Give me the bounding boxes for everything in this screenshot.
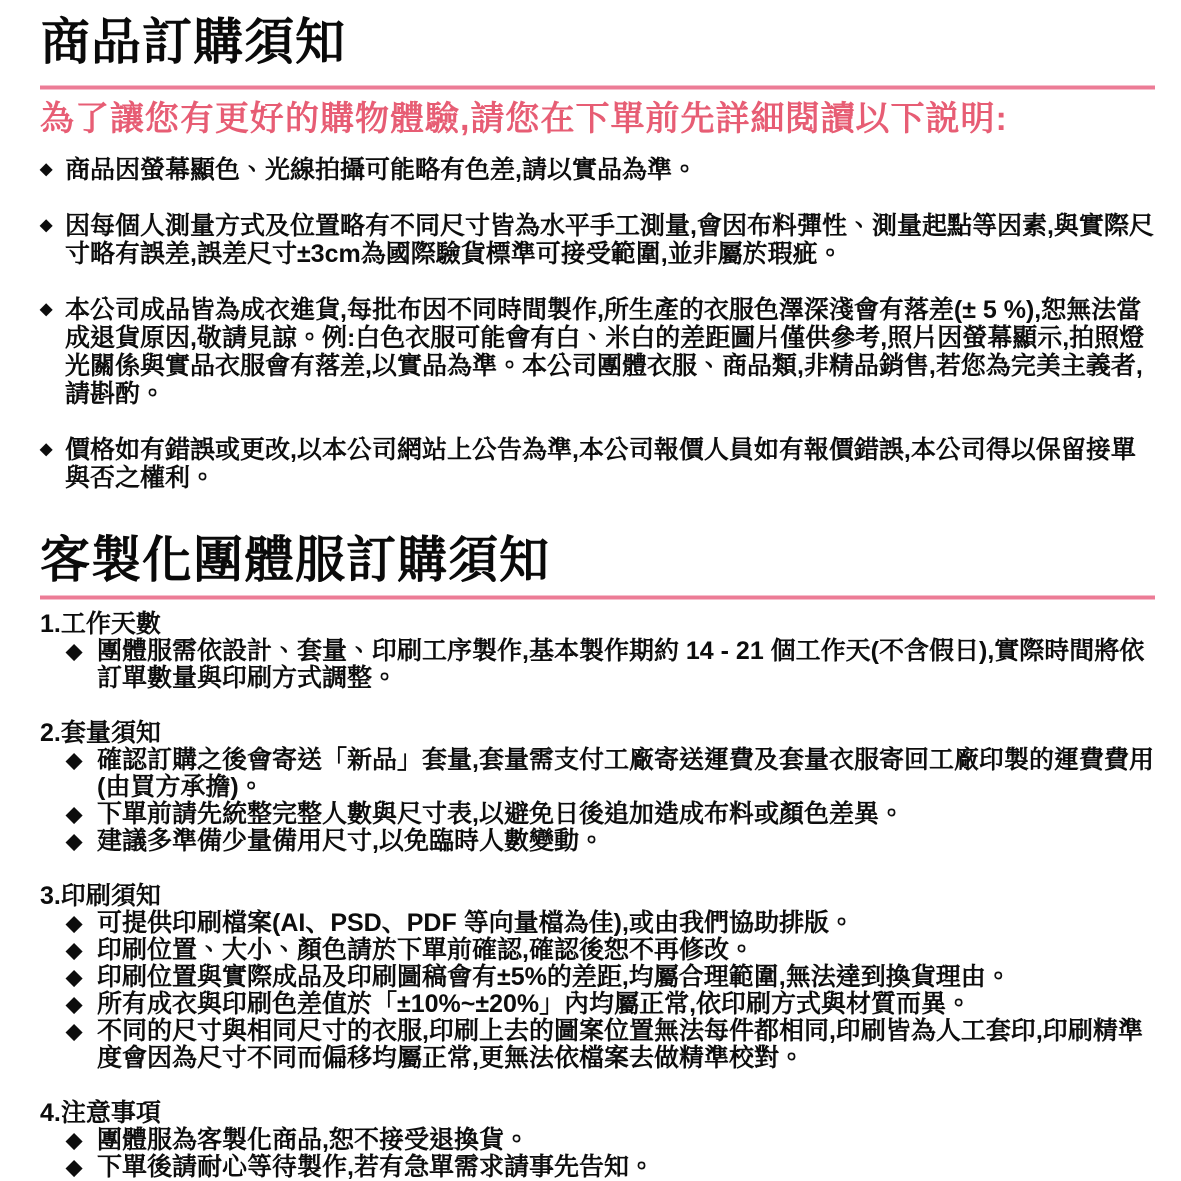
diamond-bullet-icon: ◆ xyxy=(66,964,97,991)
notice-item: ◆ 確認訂購之後會寄送「新品」套量,套量需支付工廠寄送運費及套量衣服寄回工廠印製… xyxy=(40,747,1155,801)
diamond-bullet-icon: ◆ xyxy=(66,991,97,1018)
notice-item: ◆ 因每個人測量方式及位置略有不同尺寸皆為水平手工測量,會因布料彈性、測量起點等… xyxy=(40,212,1155,268)
diamond-bullet-icon: ◆ xyxy=(40,436,65,464)
notice-item: ◆ 價格如有錯誤或更改,以本公司網站上公告為準,本公司報價人員如有報價錯誤,本公… xyxy=(40,436,1155,492)
group-heading: 1.工作天數 xyxy=(40,611,1155,638)
notice-text: 團體服需依設計、套量、印刷工序製作,基本製作期約 14 - 21 個工作天(不含… xyxy=(97,638,1155,692)
notice-item: ◆ 不同的尺寸與相同尺寸的衣服,印刷上去的圖案位置無法每件都相同,印刷皆為人工套… xyxy=(40,1018,1155,1072)
notice-item: ◆ 商品因螢幕顯色、光線拍攝可能略有色差,請以實品為準。 xyxy=(40,156,1155,184)
group-heading: 4.注意事項 xyxy=(40,1100,1155,1127)
notice-item: ◆ 下單後請耐心等待製作,若有急單需求請事先告知。 xyxy=(40,1154,1155,1181)
notice-text: 確認訂購之後會寄送「新品」套量,套量需支付工廠寄送運費及套量衣服寄回工廠印製的運… xyxy=(97,747,1155,801)
notice-text: 商品因螢幕顯色、光線拍攝可能略有色差,請以實品為準。 xyxy=(65,156,1155,184)
notice-text: 下單前請先統整完整人數與尺寸表,以避免日後追加造成布料或顏色差異。 xyxy=(97,801,1155,828)
diamond-bullet-icon: ◆ xyxy=(40,212,65,240)
diamond-bullet-icon: ◆ xyxy=(66,638,97,665)
notice-item: ◆ 團體服為客製化商品,恕不接受退換貨。 xyxy=(40,1127,1155,1154)
product-notice-title: 商品訂購須知 xyxy=(40,12,1155,72)
group-heading: 2.套量須知 xyxy=(40,720,1155,747)
notice-text: 所有成衣與印刷色差值於「±10%~±20%」內均屬正常,依印刷方式與材質而異。 xyxy=(97,991,1155,1018)
group-heading: 3.印刷須知 xyxy=(40,883,1155,910)
notice-group-work-days: 1.工作天數 ◆ 團體服需依設計、套量、印刷工序製作,基本製作期約 14 - 2… xyxy=(40,611,1155,692)
custom-notice-title: 客製化團體服訂購須知 xyxy=(40,530,1155,590)
notice-text: 下單後請耐心等待製作,若有急單需求請事先告知。 xyxy=(97,1154,1155,1181)
diamond-bullet-icon: ◆ xyxy=(66,801,97,828)
diamond-bullet-icon: ◆ xyxy=(40,296,65,324)
pink-divider xyxy=(40,86,1155,89)
notice-item: ◆ 所有成衣與印刷色差值於「±10%~±20%」內均屬正常,依印刷方式與材質而異… xyxy=(40,991,1155,1018)
notice-text: 建議多準備少量備用尺寸,以免臨時人數變動。 xyxy=(97,828,1155,855)
diamond-bullet-icon: ◆ xyxy=(66,828,97,855)
notice-text: 價格如有錯誤或更改,以本公司網站上公告為準,本公司報價人員如有報價錯誤,本公司得… xyxy=(65,436,1155,492)
notice-group-attention: 4.注意事項 ◆ 團體服為客製化商品,恕不接受退換貨。 ◆ 下單後請耐心等待製作… xyxy=(40,1100,1155,1181)
notice-page: 商品訂購須知 為了讓您有更好的購物體驗,請您在下單前先詳細閱讀以下説明: ◆ 商… xyxy=(0,0,1181,1181)
diamond-bullet-icon: ◆ xyxy=(66,747,97,774)
diamond-bullet-icon: ◆ xyxy=(66,937,97,964)
notice-text: 印刷位置與實際成品及印刷圖稿會有±5%的差距,均屬合理範圍,無法達到換貨理由。 xyxy=(97,964,1155,991)
notice-group-sizing: 2.套量須知 ◆ 確認訂購之後會寄送「新品」套量,套量需支付工廠寄送運費及套量衣… xyxy=(40,720,1155,855)
diamond-bullet-icon: ◆ xyxy=(66,1127,97,1154)
product-order-notice-section: 商品訂購須知 為了讓您有更好的購物體驗,請您在下單前先詳細閱讀以下説明: ◆ 商… xyxy=(40,12,1155,492)
diamond-bullet-icon: ◆ xyxy=(66,910,97,937)
custom-team-notice-section: 客製化團體服訂購須知 1.工作天數 ◆ 團體服需依設計、套量、印刷工序製作,基本… xyxy=(40,530,1155,1181)
notice-item: ◆ 印刷位置、大小、顏色請於下單前確認,確認後恕不再修改。 xyxy=(40,937,1155,964)
notice-text: 可提供印刷檔案(AI、PSD、PDF 等向量檔為佳),或由我們協助排版。 xyxy=(97,910,1155,937)
notice-text: 因每個人測量方式及位置略有不同尺寸皆為水平手工測量,會因布料彈性、測量起點等因素… xyxy=(65,212,1155,268)
notice-item: ◆ 建議多準備少量備用尺寸,以免臨時人數變動。 xyxy=(40,828,1155,855)
notice-text: 本公司成品皆為成衣進貨,每批布因不同時間製作,所生產的衣服色澤深淺會有落差(± … xyxy=(65,296,1155,408)
notice-item: ◆ 可提供印刷檔案(AI、PSD、PDF 等向量檔為佳),或由我們協助排版。 xyxy=(40,910,1155,937)
diamond-bullet-icon: ◆ xyxy=(40,156,65,184)
notice-text: 團體服為客製化商品,恕不接受退換貨。 xyxy=(97,1127,1155,1154)
notice-text: 不同的尺寸與相同尺寸的衣服,印刷上去的圖案位置無法每件都相同,印刷皆為人工套印,… xyxy=(97,1018,1155,1072)
pink-divider xyxy=(40,596,1155,599)
notice-text: 印刷位置、大小、顏色請於下單前確認,確認後恕不再修改。 xyxy=(97,937,1155,964)
diamond-bullet-icon: ◆ xyxy=(66,1154,97,1181)
product-notice-subtitle: 為了讓您有更好的購物體驗,請您在下單前先詳細閱讀以下説明: xyxy=(40,99,1155,140)
product-notice-list: ◆ 商品因螢幕顯色、光線拍攝可能略有色差,請以實品為準。 ◆ 因每個人測量方式及… xyxy=(40,156,1155,492)
notice-group-printing: 3.印刷須知 ◆ 可提供印刷檔案(AI、PSD、PDF 等向量檔為佳),或由我們… xyxy=(40,883,1155,1072)
notice-item: ◆ 印刷位置與實際成品及印刷圖稿會有±5%的差距,均屬合理範圍,無法達到換貨理由… xyxy=(40,964,1155,991)
notice-item: ◆ 下單前請先統整完整人數與尺寸表,以避免日後追加造成布料或顏色差異。 xyxy=(40,801,1155,828)
notice-item: ◆ 團體服需依設計、套量、印刷工序製作,基本製作期約 14 - 21 個工作天(… xyxy=(40,638,1155,692)
notice-item: ◆ 本公司成品皆為成衣進貨,每批布因不同時間製作,所生產的衣服色澤深淺會有落差(… xyxy=(40,296,1155,408)
diamond-bullet-icon: ◆ xyxy=(66,1018,97,1045)
